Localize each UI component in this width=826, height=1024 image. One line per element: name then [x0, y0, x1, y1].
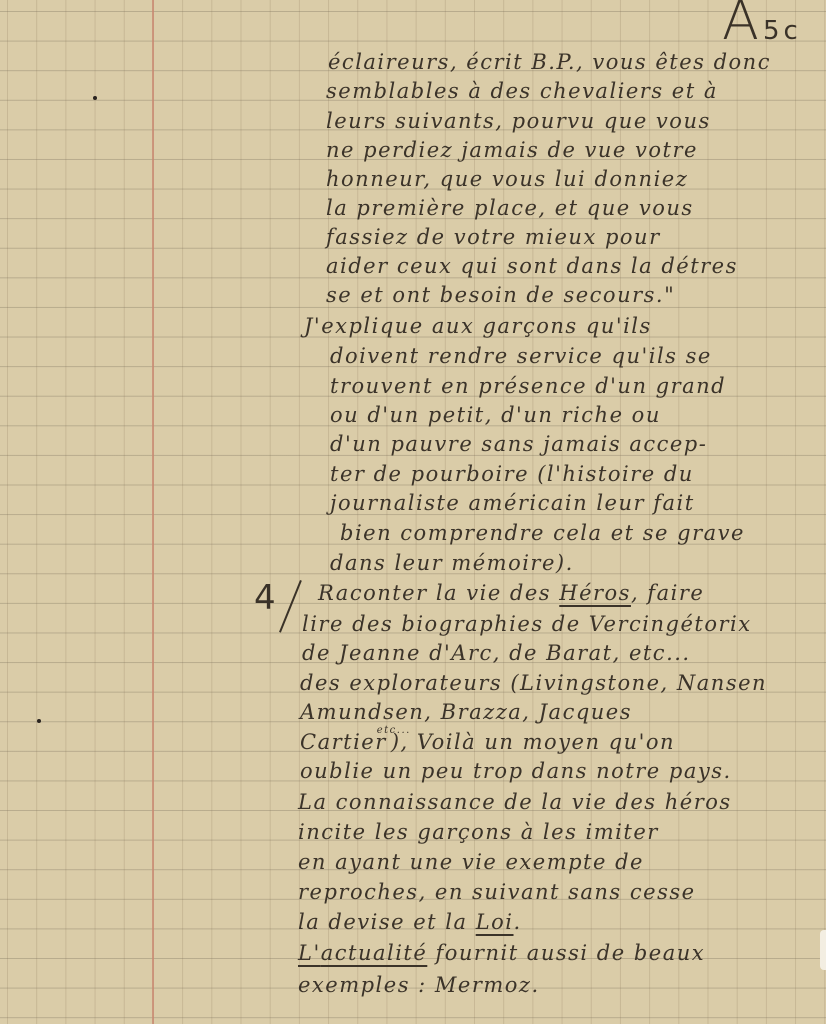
text-line: ne perdiez jamais de vue votre [326, 140, 698, 161]
text-line: fassiez de votre mieux pour [326, 227, 661, 248]
text-line: La connaissance de la vie des héros [298, 792, 732, 813]
ink-dot [37, 719, 41, 723]
ink-dot [93, 96, 97, 100]
underlined-heros: Héros [559, 581, 631, 605]
text-line: Amundsen, Brazza, Jacques [300, 702, 632, 723]
text-line: en ayant une vie exempte de [298, 852, 644, 873]
text-line: leurs suivants, pourvu que vous [326, 111, 711, 132]
text-line: dans leur mémoire). [330, 553, 574, 574]
page-reference-letter: A [722, 0, 759, 52]
text-line: de Jeanne d'Arc, de Barat, etc... [302, 643, 691, 664]
text-line: aider ceux qui sont dans la détres [326, 256, 738, 277]
text-line: ou d'un petit, d'un riche ou [330, 405, 661, 426]
underlined-loi: Loi [476, 910, 514, 934]
text-line: la première place, et que vous [326, 198, 694, 219]
text-line: L'actualité fournit aussi de beaux [298, 943, 705, 964]
text-line: se et ont besoin de secours." [326, 285, 675, 306]
text-line: ter de pourboire (l'histoire du [330, 464, 694, 485]
text-line: doivent rendre service qu'ils se [330, 346, 712, 367]
text-line: Cartieretc...), Voilà un moyen qu'on [300, 732, 675, 753]
text-line: éclaireurs, écrit B.P., vous êtes donc [328, 52, 771, 73]
underlined-actualite: actualité [321, 941, 428, 965]
text-line: honneur, que vous lui donniez [326, 169, 688, 190]
text-line: trouvent en présence d'un grand [330, 376, 726, 397]
text-line: la devise et la Loi. [298, 912, 522, 933]
text-line: oublie un peu trop dans notre pays. [300, 761, 732, 782]
text-line: Raconter la vie des Héros, faire [318, 583, 704, 604]
text-line: incite les garçons à les imiter [298, 822, 659, 843]
page-edge-glare [820, 930, 826, 970]
item-number: 4 [254, 578, 276, 618]
text-line: des explorateurs (Livingstone, Nansen [300, 673, 767, 694]
text-line: lire des biographies de Vercingétorix [302, 614, 752, 635]
text-line: J'explique aux garçons qu'ils [304, 316, 652, 337]
text-line: semblables à des chevaliers et à [326, 81, 718, 102]
page-reference-number: 5c [763, 16, 802, 46]
etc-annotation: etc... [377, 725, 411, 736]
text-line: d'un pauvre sans jamais accep- [330, 434, 707, 455]
text-line: reproches, en suivant sans cesse [298, 882, 696, 903]
text-line: bien comprendre cela et se grave [340, 523, 745, 544]
text-line: journaliste américain leur fait [330, 493, 695, 514]
text-line: exemples : Mermoz. [298, 975, 540, 996]
page-reference: A5c [722, 0, 802, 48]
red-margin-line [152, 0, 154, 1024]
